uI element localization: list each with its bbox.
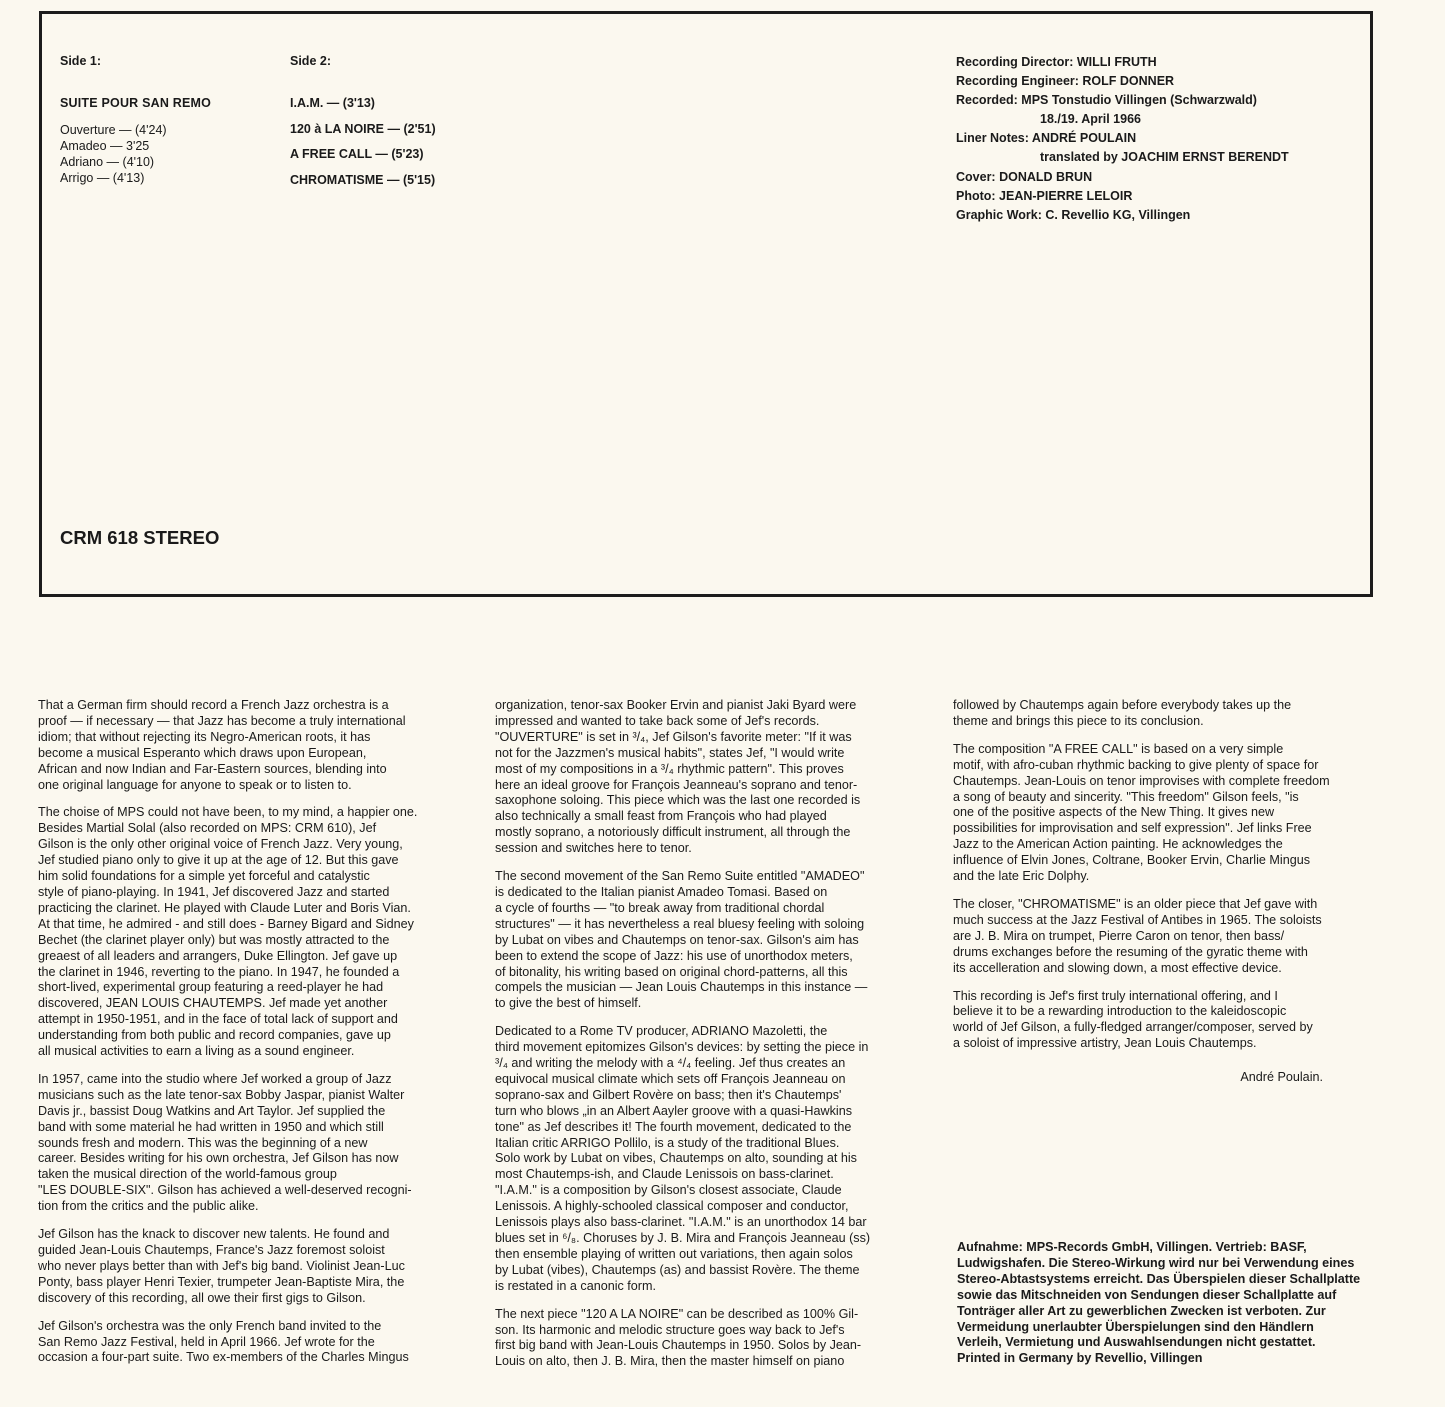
side1-heading: Side 1:	[60, 54, 101, 68]
paragraph: The closer, "CHROMATISME" is an older pi…	[953, 897, 1383, 977]
credit-line: Graphic Work: C. Revellio KG, Villingen	[956, 206, 1289, 225]
credits-block: Recording Director: WILLI FRUTH Recordin…	[956, 53, 1289, 225]
side2-track-list: I.A.M. — (3'13) 120 à LA NOIRE — (2'51) …	[290, 96, 436, 198]
paragraph: Jef Gilson's orchestra was the only Fren…	[38, 1319, 468, 1367]
paragraph: The next piece "120 A LA NOIRE" can be d…	[495, 1307, 925, 1371]
paragraph: This recording is Jef's first truly inte…	[953, 989, 1383, 1053]
track-item: Adriano — (4'10)	[60, 154, 167, 170]
track-item: A FREE CALL — (5'23)	[290, 147, 436, 173]
paragraph: In 1957, came into the studio where Jef …	[38, 1072, 468, 1215]
credit-line: Recording Director: WILLI FRUTH	[956, 53, 1289, 72]
credit-line: Photo: JEAN-PIERRE LELOIR	[956, 187, 1289, 206]
track-item: Amadeo — 3'25	[60, 138, 167, 154]
credit-line: 18./19. April 1966	[956, 110, 1289, 129]
credit-line: Recording Engineer: ROLF DONNER	[956, 72, 1289, 91]
paragraph: followed by Chautemps again before every…	[953, 698, 1383, 730]
paragraph: The choise of MPS could not have been, t…	[38, 805, 468, 1060]
track-item: Ouverture — (4'24)	[60, 122, 167, 138]
paragraph: Jef Gilson has the knack to discover new…	[38, 1227, 468, 1307]
author-signature: André Poulain.	[953, 1070, 1383, 1086]
liner-notes-column-2: organization, tenor-sax Booker Ervin and…	[495, 698, 925, 1382]
track-item: Arrigo — (4'13)	[60, 170, 167, 186]
paragraph: That a German firm should record a Frenc…	[38, 698, 468, 793]
catalog-number: CRM 618 STEREO	[60, 527, 219, 549]
liner-notes-column-1: That a German firm should record a Frenc…	[38, 698, 468, 1378]
credit-line: Liner Notes: ANDRÉ POULAIN	[956, 129, 1289, 148]
legal-notice: Aufnahme: MPS-Records GmbH, Villingen. V…	[957, 1240, 1397, 1367]
side1-track-list: Ouverture — (4'24) Amadeo — 3'25 Adriano…	[60, 122, 167, 186]
paragraph: The second movement of the San Remo Suit…	[495, 869, 925, 1012]
credit-line: Recorded: MPS Tonstudio Villingen (Schwa…	[956, 91, 1289, 110]
credit-line: translated by JOACHIM ERNST BERENDT	[956, 148, 1289, 167]
paragraph: Dedicated to a Rome TV producer, ADRIANO…	[495, 1024, 925, 1294]
paragraph: organization, tenor-sax Booker Ervin and…	[495, 698, 925, 857]
side2-heading: Side 2:	[290, 54, 331, 68]
credit-line: Cover: DONALD BRUN	[956, 168, 1289, 187]
suite-title: SUITE POUR SAN REMO	[60, 96, 211, 110]
track-item: CHROMATISME — (5'15)	[290, 173, 436, 199]
paragraph: The composition "A FREE CALL" is based o…	[953, 742, 1383, 885]
track-item: I.A.M. — (3'13)	[290, 96, 436, 122]
track-item: 120 à LA NOIRE — (2'51)	[290, 122, 436, 148]
liner-notes-column-3: followed by Chautemps again before every…	[953, 698, 1383, 1086]
